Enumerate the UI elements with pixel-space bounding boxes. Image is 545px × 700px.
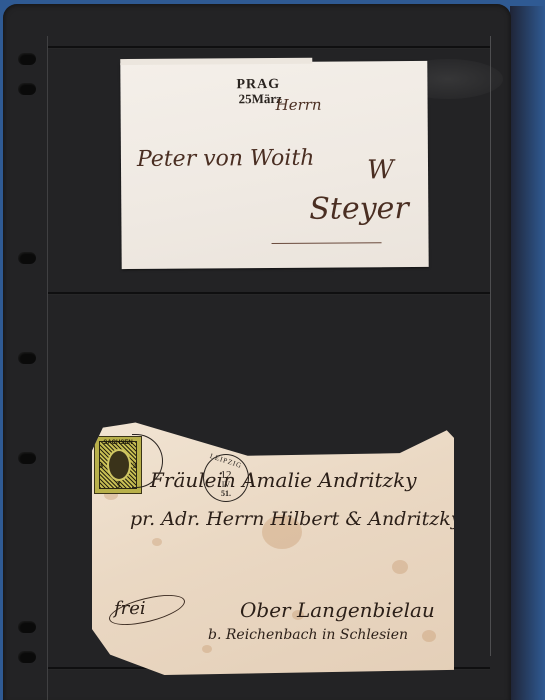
envelope-address-line-2: pr. Adr. Herrn Hilbert & Andritzky [130,508,461,530]
address-line-2: Peter von Woith [137,146,315,172]
binder-hole [18,53,36,65]
envelope-address-line-4: b. Reichenbach in Schlesien [208,627,408,643]
envelope-address-line-3: Ober Langenbielau [240,598,435,622]
binder-hole [18,252,36,264]
prag-folded-letter: PRAG 25März Herrn Peter von Woith W Stey… [120,61,428,269]
foxing-stain [202,645,212,653]
letter-fold [120,58,312,65]
binder-hole [18,452,36,464]
binder-hole [18,352,36,364]
binder-hole [18,83,36,95]
page-gutter-line-right [490,36,491,656]
foxing-stain [392,560,408,574]
background-edge [510,6,545,700]
sachsen-envelope: SACHSEN 3 3 3 LEIPZIG 12 IV 51. Fräulein… [92,420,454,675]
binder-hole [18,651,36,663]
pocket-strip [48,292,490,295]
king-portrait [107,449,131,481]
page-gutter-line [47,36,48,700]
frei-annotation: frei [114,598,146,619]
foxing-stain [152,538,162,546]
address-line-1: Herrn [276,96,322,114]
envelope-address-line-1: Fräulein Amalie Andritzky [150,468,417,492]
foxing-stain [422,630,436,642]
address-initial: W [367,155,394,185]
binder-hole [18,621,36,633]
stamp-value-left: 3 [99,461,103,470]
pocket-strip [48,46,490,49]
address-line-3: Steyer [309,191,409,227]
address-underline [272,242,382,244]
